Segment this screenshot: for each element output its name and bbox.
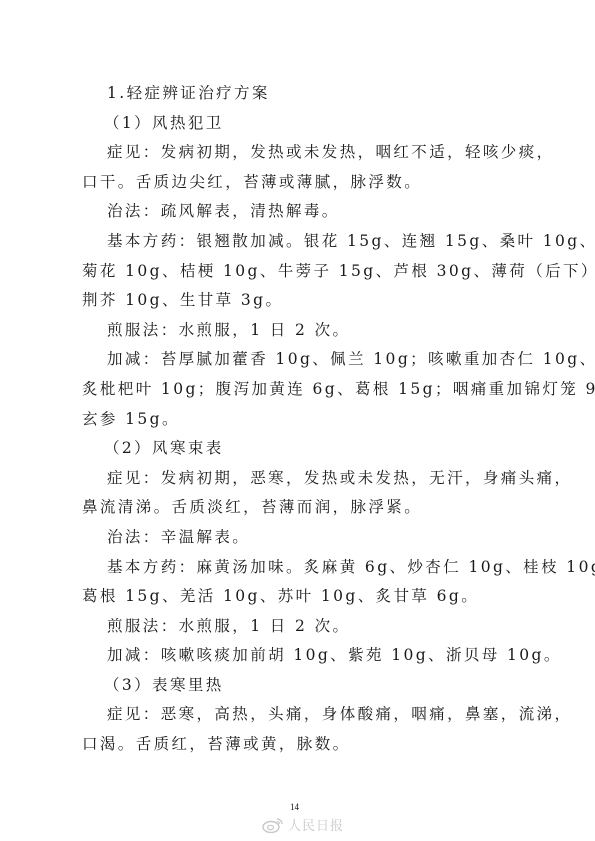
paragraph-line: 玄参 15g。 xyxy=(82,405,518,435)
paragraph-line: 葛根 15g、羌活 10g、苏叶 10g、炙甘草 6g。 xyxy=(82,582,518,612)
page-number: 14 xyxy=(290,802,299,812)
paragraph-line: 治法：疏风解表，清热解毒。 xyxy=(82,197,518,227)
paragraph-line: 口渴。舌质红，苔薄或黄，脉数。 xyxy=(82,730,518,760)
section-title: 1.轻症辨证治疗方案 xyxy=(82,79,518,109)
paragraph-line: 煎服法：水煎服，1 日 2 次。 xyxy=(82,316,518,346)
subsection-heading: （2）风寒束表 xyxy=(82,434,518,464)
paragraph-line: 菊花 10g、桔梗 10g、牛蒡子 15g、芦根 30g、薄荷（后下）6g、 xyxy=(82,257,518,287)
document-page: 1.轻症辨证治疗方案 （1）风热犯卫 症见：发病初期，发热或未发热，咽红不适，轻… xyxy=(82,79,518,760)
paragraph-line: 荆芥 10g、生甘草 3g。 xyxy=(82,286,518,316)
paragraph-line: 炙枇杷叶 10g；腹泻加黄连 6g、葛根 15g；咽痛重加锦灯笼 9g、 xyxy=(82,375,518,405)
subsection-heading: （3）表寒里热 xyxy=(82,671,518,701)
paragraph-line: 煎服法：水煎服，1 日 2 次。 xyxy=(82,612,518,642)
paragraph-line: 症见：发病初期，发热或未发热，咽红不适，轻咳少痰， xyxy=(82,138,518,168)
paragraph-line: 基本方药：银翘散加减。银花 15g、连翘 15g、桑叶 10g、 xyxy=(82,227,518,257)
watermark-text: 人民日报 xyxy=(288,815,344,834)
paragraph-line: 治法：辛温解表。 xyxy=(82,523,518,553)
weibo-icon xyxy=(262,817,284,833)
watermark: 人民日报 xyxy=(262,815,344,834)
paragraph-line: 加减：咳嗽咳痰加前胡 10g、紫苑 10g、浙贝母 10g。 xyxy=(82,641,518,671)
paragraph-line: 加减：苔厚腻加藿香 10g、佩兰 10g；咳嗽重加杏仁 10g、 xyxy=(82,345,518,375)
paragraph-line: 口干。舌质边尖红，苔薄或薄腻，脉浮数。 xyxy=(82,168,518,198)
paragraph-line: 基本方药：麻黄汤加味。炙麻黄 6g、炒杏仁 10g、桂枝 10g、 xyxy=(82,553,518,583)
paragraph-line: 症见：发病初期，恶寒，发热或未发热，无汗，身痛头痛， xyxy=(82,464,518,494)
paragraph-line: 症见：恶寒，高热，头痛，身体酸痛，咽痛，鼻塞，流涕， xyxy=(82,700,518,730)
subsection-heading: （1）风热犯卫 xyxy=(82,109,518,139)
paragraph-line: 鼻流清涕。舌质淡红，苔薄而润，脉浮紧。 xyxy=(82,493,518,523)
